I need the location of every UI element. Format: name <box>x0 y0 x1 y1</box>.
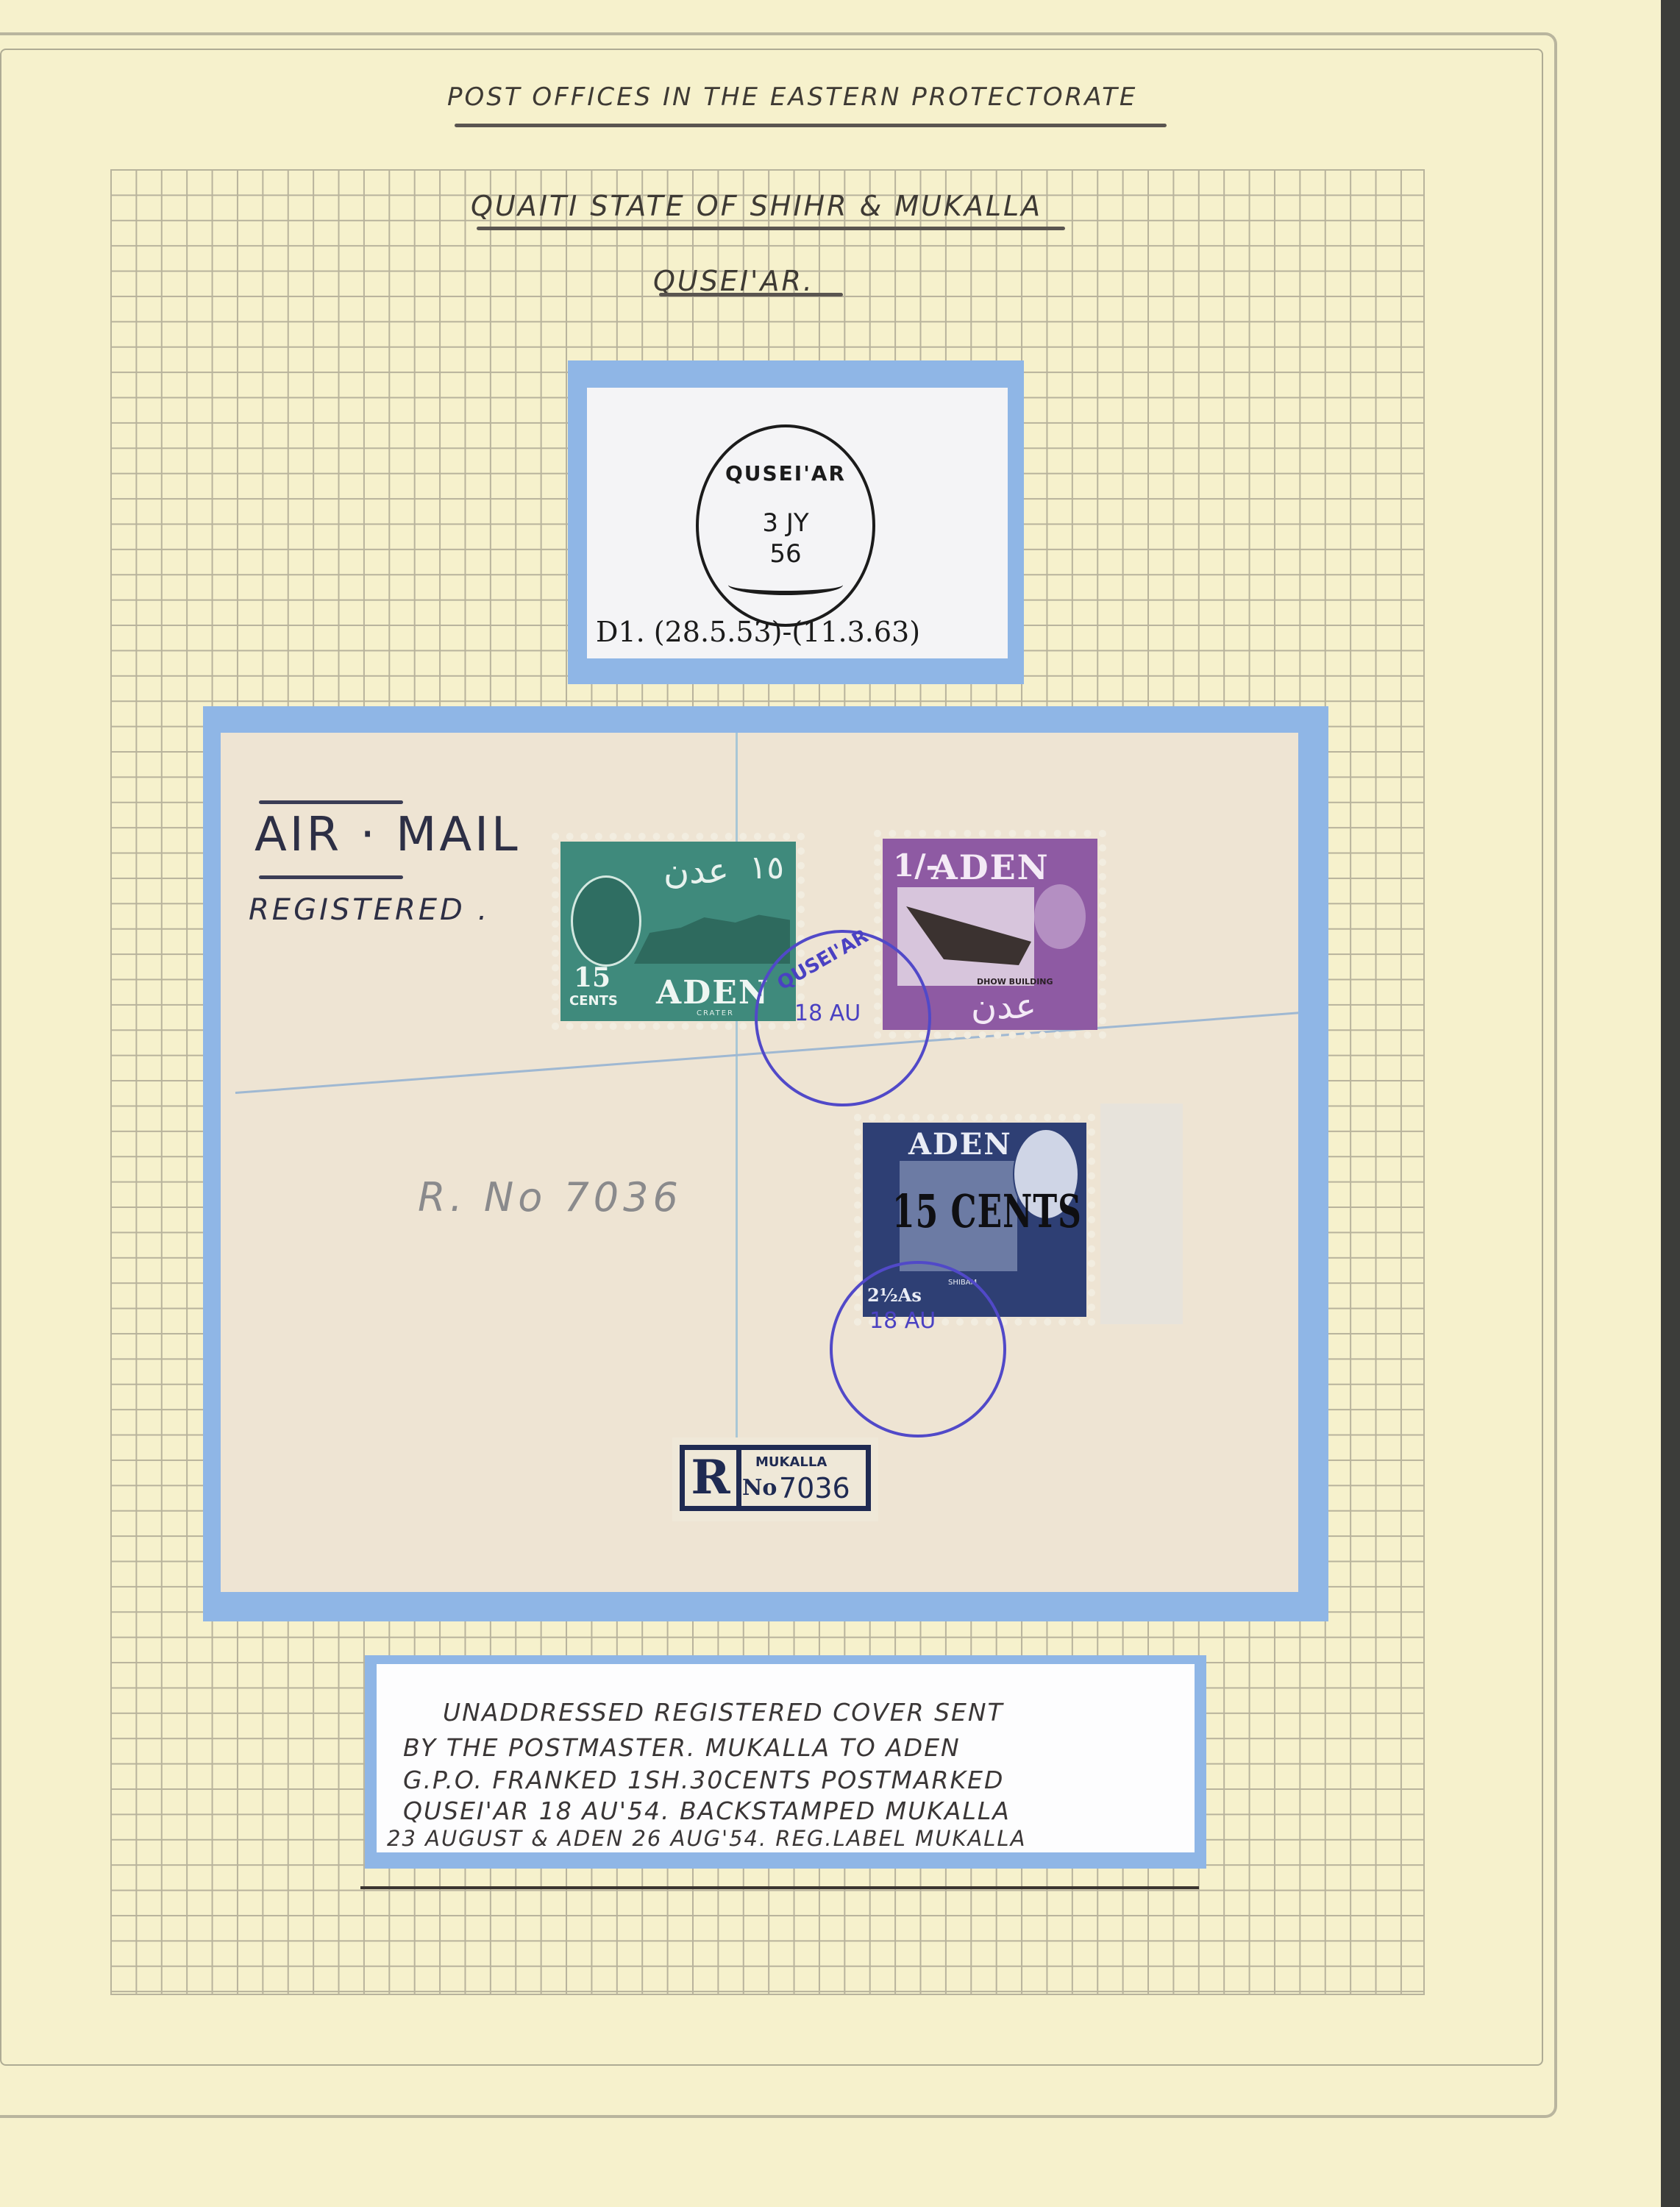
postmark-arabic-script <box>728 575 843 595</box>
cancel-postmark-1: QUSEI'AR 18 AU <box>755 930 931 1106</box>
reg-number: 7036 <box>779 1472 850 1504</box>
cancel-postmark-2: 18 AU <box>830 1261 1006 1437</box>
note-line: BY THE POSTMASTER. MUKALLA TO ADEN <box>403 1733 961 1762</box>
note-line: UNADDRESSED REGISTERED COVER SENT <box>443 1698 1004 1727</box>
stamp-value: 15 <box>574 962 611 993</box>
queen-portrait <box>571 875 641 967</box>
registration-label[interactable]: R MUKALLA No 7036 <box>672 1437 878 1521</box>
postmark-year: 56 <box>699 539 872 569</box>
stamp-arabic-name: عدن <box>663 850 729 892</box>
page-heading: POST OFFICES IN THE EASTERN PROTECTORATE <box>447 82 1137 112</box>
handwritten-reg-number: R. No 7036 <box>418 1174 683 1220</box>
registered-cover[interactable]: AIR · MAIL REGISTERED . R. No 7036 عدن ١… <box>221 733 1298 1592</box>
state-heading: QUAITI STATE OF SHIHR & MUKALLA <box>471 190 1042 222</box>
dhow-icon <box>906 906 1031 965</box>
stamp-subject: CRATER <box>697 1009 734 1017</box>
office-underline <box>659 293 843 296</box>
reg-town: MUKALLA <box>755 1454 827 1470</box>
state-underline <box>477 227 1065 230</box>
cancel-date: 18 AU <box>869 1308 936 1334</box>
stamp-country: ADEN <box>656 974 769 1012</box>
stamp-arabic-value: ١٥ <box>750 849 784 886</box>
registered-label: REGISTERED . <box>249 893 490 927</box>
airmail-rule-bottom <box>259 875 403 879</box>
sheet-margin <box>1100 1103 1183 1324</box>
album-edge <box>1661 0 1680 2207</box>
reg-label-box: R MUKALLA No 7036 <box>680 1445 871 1511</box>
note-underline <box>360 1886 1199 1889</box>
note-line: 23 AUGUST & ADEN 26 AUG'54. REG.LABEL MU… <box>387 1826 1026 1851</box>
note-line: G.P.O. FRANKED 1SH.30CENTS POSTMARKED <box>403 1766 1004 1794</box>
stamp-arabic-name: عدن <box>971 986 1036 1027</box>
reg-no-label: No <box>742 1475 777 1501</box>
stamp-country: ADEN <box>908 1127 1012 1162</box>
stamp-country: ADEN <box>931 847 1050 887</box>
postmark-circle: QUSEI'AR 3 JY 56 <box>696 424 875 627</box>
heading-underline <box>455 124 1167 127</box>
note-line: QUSEI'AR 18 AU'54. BACKSTAMPED MUKALLA <box>403 1796 1011 1825</box>
postmark-card[interactable]: QUSEI'AR 3 JY 56 D1. (28.5.53)-(11.3.63) <box>587 388 1008 658</box>
postmark-town: QUSEI'AR <box>699 461 872 486</box>
postmark-date: 3 JY <box>699 508 872 538</box>
reg-letter: R <box>685 1450 741 1506</box>
queen-portrait <box>1034 884 1086 949</box>
cancel-date: 18 AU <box>794 1001 861 1026</box>
crater-mountains <box>634 912 790 964</box>
airmail-rule-top <box>259 800 403 804</box>
description-note[interactable]: UNADDRESSED REGISTERED COVER SENT BY THE… <box>377 1664 1195 1852</box>
stamp-unit: CENTS <box>569 993 618 1009</box>
stamp-overprint: 15 CENTS <box>892 1186 1082 1238</box>
airmail-label: AIR · MAIL <box>255 808 521 862</box>
postmark-caption: D1. (28.5.53)-(11.3.63) <box>596 616 920 648</box>
